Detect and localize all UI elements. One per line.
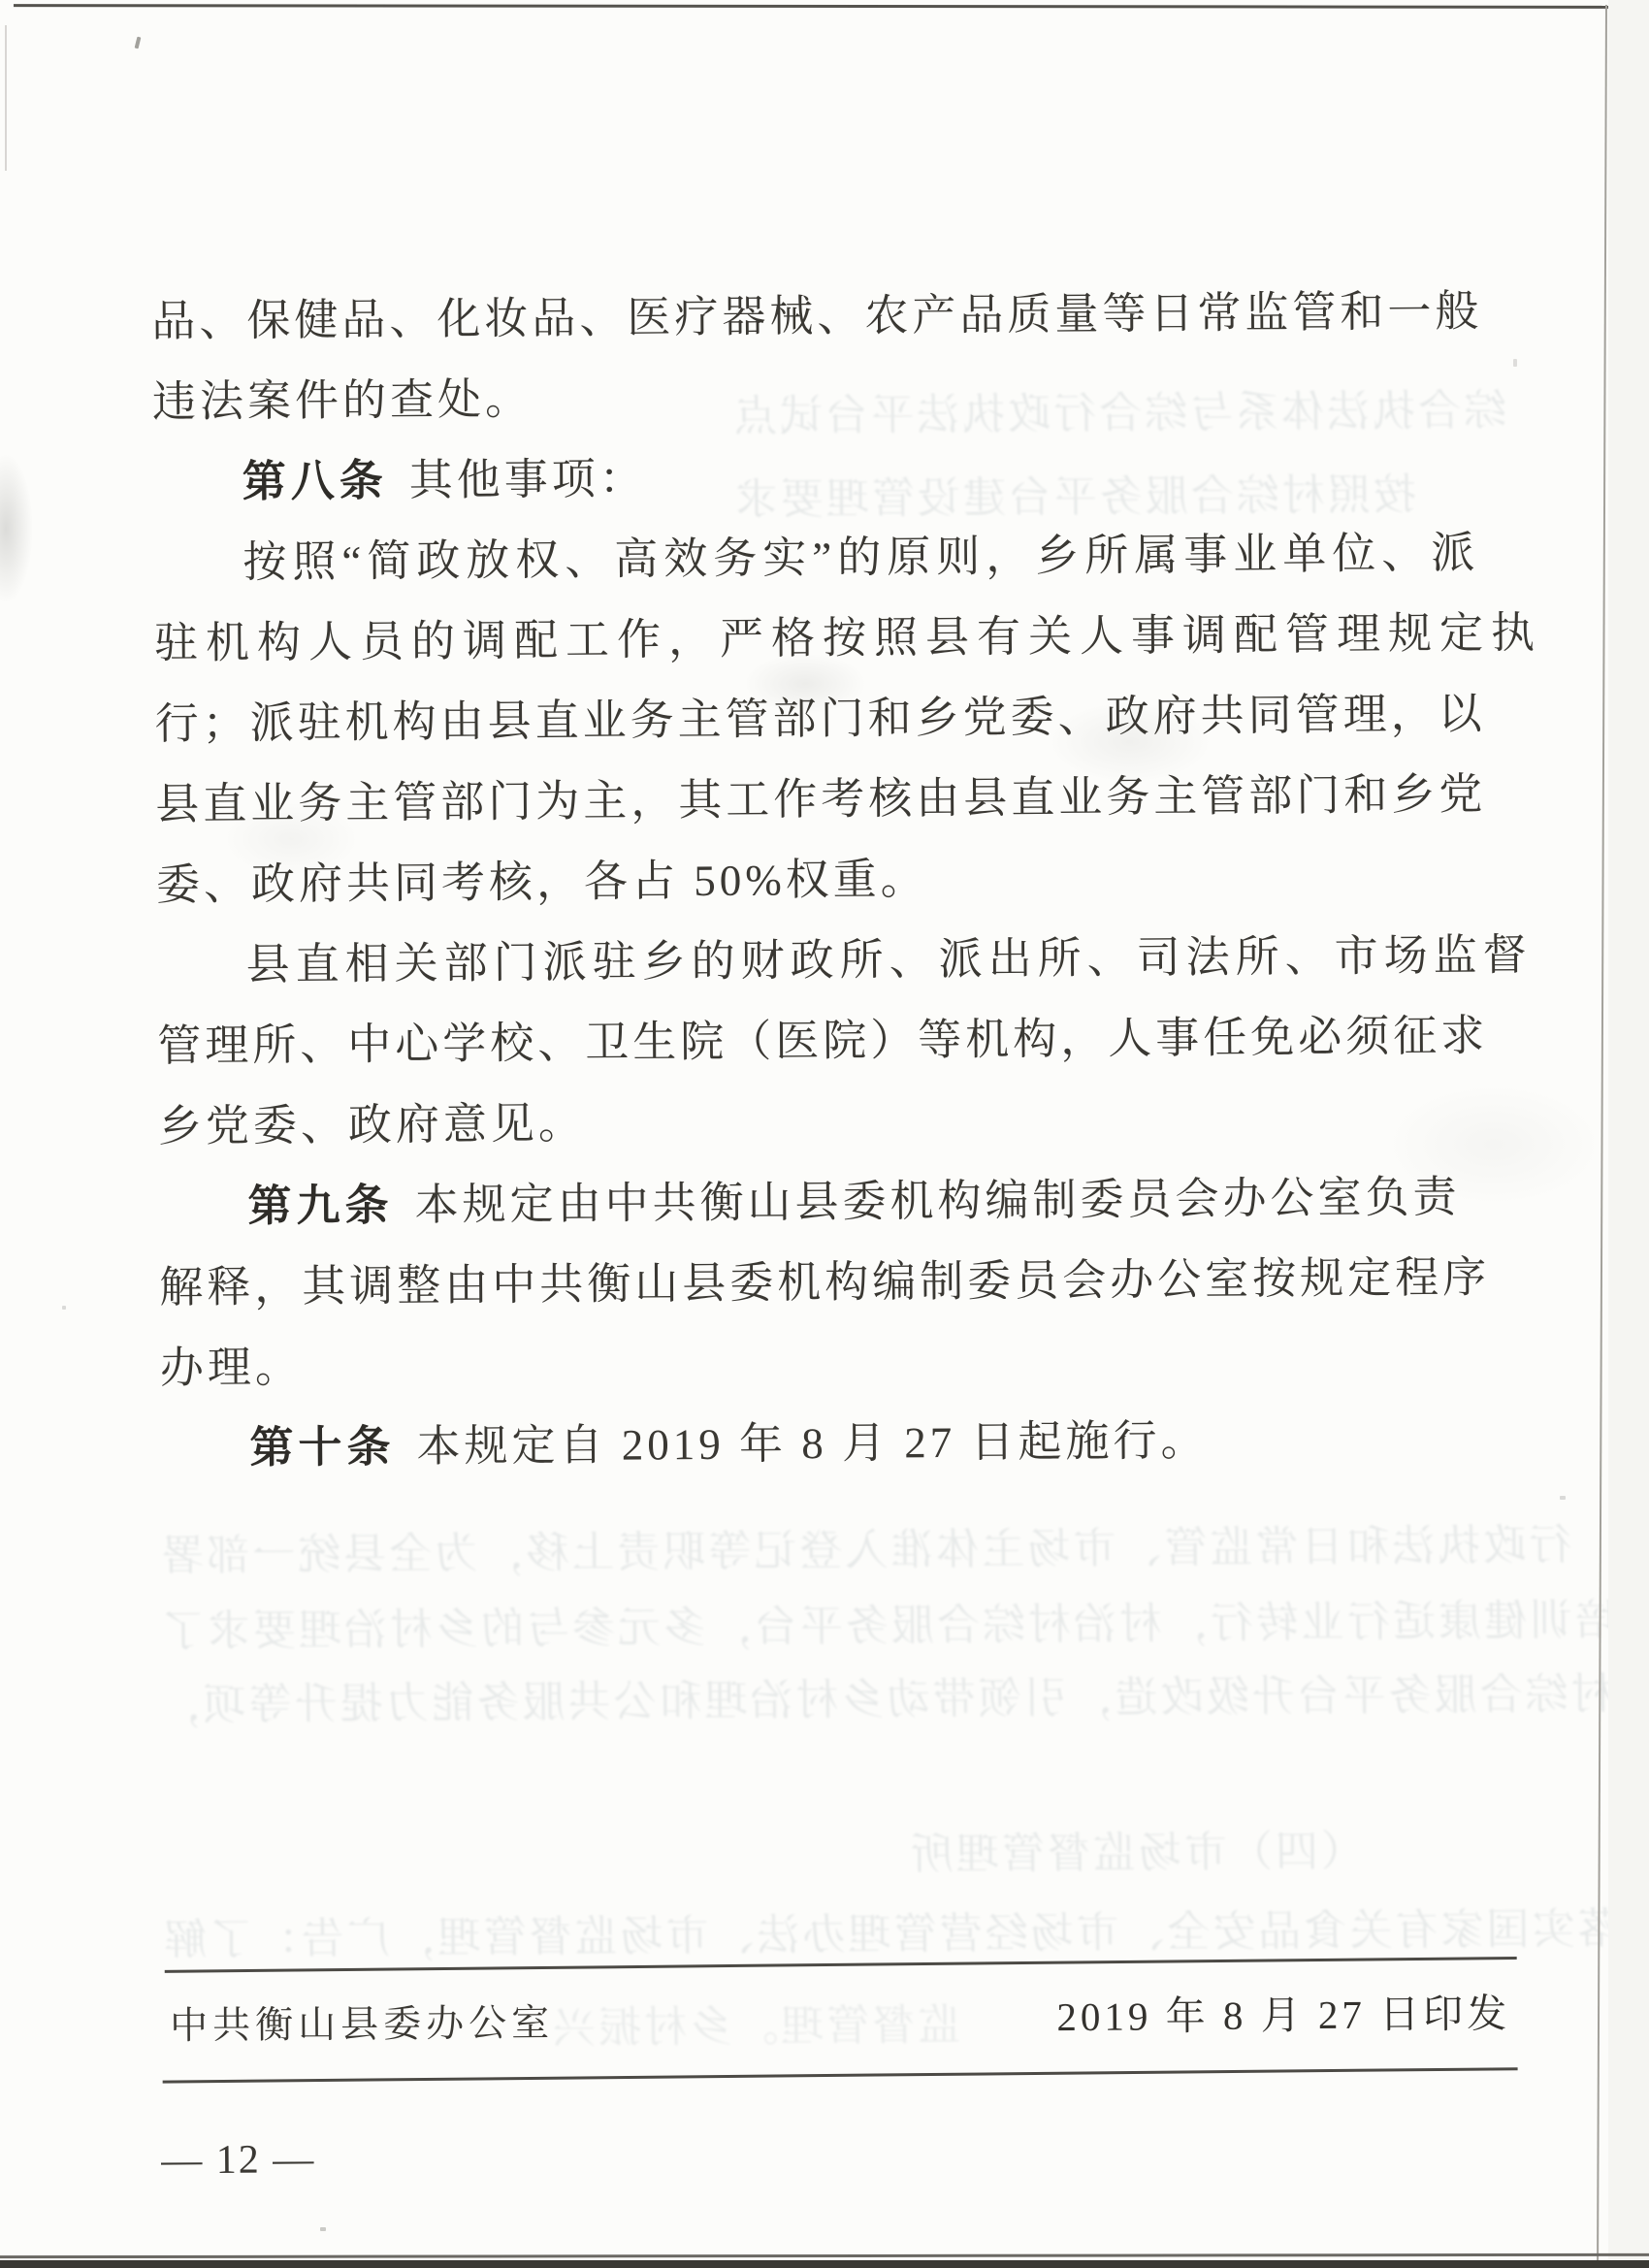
body-line: 行；派驻机构由县直业务主管部门和乡党委、政府共同管理，以 xyxy=(154,688,1512,749)
body-line: 乡党委、政府意见。 xyxy=(158,1090,1516,1151)
bleedthrough-line: 支撑；村综合服务平台升级改造，引领带动乡村治理和公共服务能力提升等项， xyxy=(154,1658,1649,1733)
body-line: 驻机构人员的调配工作，严格按照县有关人事调配管理规定执 xyxy=(154,607,1512,668)
body-line: 县直相关部门派驻乡的财政所、派出所、司法所、市场监督 xyxy=(156,929,1603,991)
body-line-article-9: 第九条本规定由中共衡山县委机构编制委员会办公室负责 xyxy=(158,1171,1605,1233)
bleedthrough-line: 监督管理。乡村振兴 xyxy=(550,1990,960,2055)
scan-speck xyxy=(320,2227,326,2231)
scan-speck xyxy=(62,1306,66,1310)
article-9-label: 第九条 xyxy=(247,1181,393,1230)
article-8-text: 其他事项： xyxy=(409,454,647,504)
body-line: 管理所、中心学校、卫生院（医院）等机构，人事任免必须征求 xyxy=(157,1010,1515,1071)
footer-print-date: 2019 年 8 月 27 日印发 xyxy=(1056,1981,1510,2042)
scan-edge-left xyxy=(5,25,7,171)
bleedthrough-line: 行政执法和日常监管、市场主体准入登记等职责上移，为全县统一部署 xyxy=(158,1509,1571,1582)
article-10-text: 本规定自 2019 年 8 月 27 日起施行。 xyxy=(416,1416,1208,1471)
scan-speck xyxy=(1513,359,1517,367)
body-line: 违法案件的查处。 xyxy=(152,366,1510,427)
body-line: 按照“简政放权、高效务实”的原则，乡所属事业单位、派 xyxy=(153,527,1600,589)
page-number: — 12 — xyxy=(161,2136,315,2184)
bleedthrough-line: （四）市场监督管理所 xyxy=(908,1816,1364,1882)
body-line: 县直业务主管部门为主，其工作考核由县直业务主管部门和乡党 xyxy=(155,768,1513,829)
body-line: 品、保健品、化妆品、医疗器械、农产品质量等日常监管和一般 xyxy=(151,285,1509,346)
body-line: 办理。 xyxy=(160,1332,1518,1393)
scan-speck xyxy=(1560,1496,1566,1500)
body-line: 解释，其调整由中共衡山县委机构编制委员会办公室按规定程序 xyxy=(159,1251,1517,1312)
scan-margin-right xyxy=(1608,0,1649,2268)
article-8-label: 第八条 xyxy=(242,457,388,506)
article-9-text: 本规定由中共衡山县委机构编制委员会办公室负责 xyxy=(414,1173,1460,1229)
footer-issuer: 中共衡山县委办公室 xyxy=(170,1993,554,2050)
scan-speck xyxy=(1451,1030,1456,1035)
bleedthrough-line: 教育培训健康适行业转行，村治村综合服务平台，多元参与的乡村治理要求了 xyxy=(159,1584,1649,1659)
footer-bottom-rule xyxy=(163,2067,1518,2083)
scan-edge-bottom-strip xyxy=(0,2260,1649,2268)
bleedthrough-line: 贯彻落实国家有关食品安全、市场经营管理办法、市场监督管理，广告：了解 xyxy=(161,1893,1649,1967)
body-line: 委、政府共同考核，各占 50%权重。 xyxy=(156,849,1514,910)
article-10-label: 第十条 xyxy=(249,1422,395,1472)
scanned-document-page: { "body": { "lines": [ {"text": "品、保健品、化… xyxy=(0,0,1649,2268)
page-content: 综合执法体系与综合行政执法平台试点 按照村综合服务平台建设管理要求 行政执法和日… xyxy=(0,0,1649,2268)
body-line-article-10: 第十条本规定自 2019 年 8 月 27 日起施行。 xyxy=(160,1412,1607,1474)
